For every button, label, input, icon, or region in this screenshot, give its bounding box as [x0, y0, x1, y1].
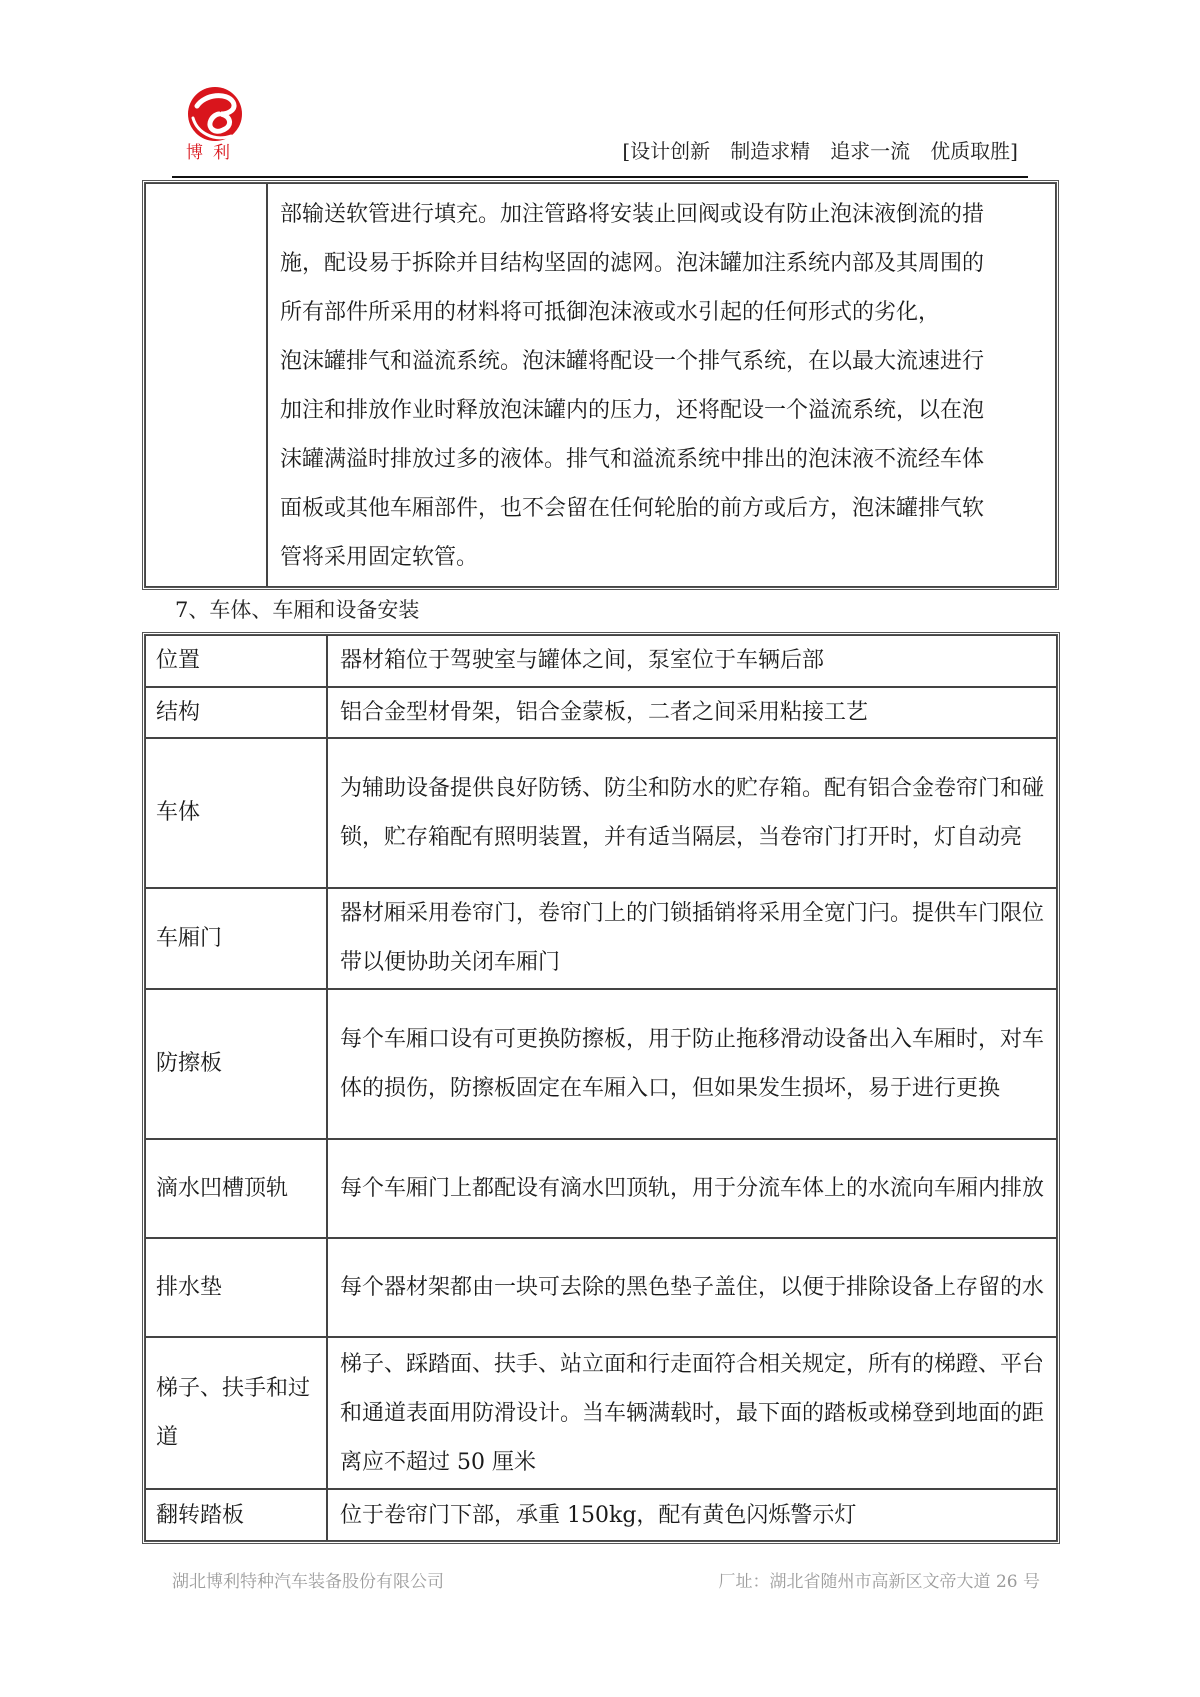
table-cell-content: 器材厢采用卷帘门，卷帘门上的门锁插销将采用全宽门闩。提供车门限位带以便协助关闭车…: [327, 888, 1057, 989]
table-cell-content: 每个车厢门上都配设有滴水凹顶轨，用于分流车体上的水流向车厢内排放: [327, 1139, 1057, 1238]
text-line: 加注和排放作业时释放泡沫罐内的压力，还将配设一个溢流系统，以在泡: [280, 386, 1045, 435]
table-row: 车体 为辅助设备提供良好防锈、防尘和防水的贮存箱。配有铝合金卷帘门和碰锁，贮存箱…: [145, 738, 1057, 888]
table-row: 翻转踏板 位于卷帘门下部，承重 150kg，配有黄色闪烁警示灯: [145, 1489, 1057, 1541]
footer-company: 湖北博利特种汽车装备股份有限公司: [172, 1567, 444, 1592]
slogan: [设计创新制造求精追求一流优质取胜]: [622, 135, 1018, 164]
header-divider: [172, 176, 1028, 178]
footer-address: 厂址：湖北省随州市高新区文帝大道 26 号: [719, 1567, 1040, 1592]
table-cell-content: 位于卷帘门下部，承重 150kg，配有黄色闪烁警示灯: [327, 1489, 1057, 1541]
text-line: 沫罐满溢时排放过多的液体。排气和溢流系统中排出的泡沫液不流经车体: [280, 435, 1045, 484]
text-line: 管将采用固定软管。: [280, 533, 1045, 582]
table-cell-content: 器材箱位于驾驶室与罐体之间，泵室位于车辆后部: [327, 635, 1057, 687]
table-cell-label: 梯子、扶手和过道: [145, 1337, 327, 1490]
table-cell-content: 每个器材架都由一块可去除的黑色垫子盖住，以便于排除设备上存留的水: [327, 1238, 1057, 1337]
text-line: 施，配设易于拆除并目结构坚固的滤网。泡沫罐加注系统内部及其周围的: [280, 239, 1045, 288]
table-cell-label: 滴水凹槽顶轨: [145, 1139, 327, 1238]
foam-tank-spec-table: 部输送软管进行填充。加注管路将安装止回阀或设有防止泡沫液倒流的措 施，配设易于拆…: [142, 180, 1059, 590]
slogan-part: [设计创新: [622, 139, 710, 163]
table-cell-content: 每个车厢口设有可更换防擦板，用于防止拖移滑动设备出入车厢时，对车体的损伤，防擦板…: [327, 989, 1057, 1139]
table-cell-label: 翻转踏板: [145, 1489, 327, 1541]
text-line: 泡沫罐排气和溢流系统。泡沫罐将配设一个排气系统，在以最大流速进行: [280, 337, 1045, 386]
table-row: 梯子、扶手和过道 梯子、踩踏面、扶手、站立面和行走面符合相关规定，所有的梯蹬、平…: [145, 1337, 1057, 1490]
table-cell-content: 梯子、踩踏面、扶手、站立面和行走面符合相关规定，所有的梯蹬、平台和通道表面用防滑…: [327, 1337, 1057, 1490]
table-cell-content: 为辅助设备提供良好防锈、防尘和防水的贮存箱。配有铝合金卷帘门和碰锁，贮存箱配有照…: [327, 738, 1057, 888]
table-row: 防擦板 每个车厢口设有可更换防擦板，用于防止拖移滑动设备出入车厢时，对车体的损伤…: [145, 989, 1057, 1139]
table-cell-label: 结构: [145, 687, 327, 739]
slogan-part: 优质取胜]: [930, 139, 1018, 163]
text-line: 面板或其他车厢部件，也不会留在任何轮胎的前方或后方，泡沫罐排气软: [280, 484, 1045, 533]
table-row: 部输送软管进行填充。加注管路将安装止回阀或设有防止泡沫液倒流的措 施，配设易于拆…: [145, 183, 1056, 587]
table-cell-label: 车厢门: [145, 888, 327, 989]
table-cell-label: 排水垫: [145, 1238, 327, 1337]
section-heading: 7、车体、车厢和设备安装: [175, 594, 419, 624]
table-cell-label: 防擦板: [145, 989, 327, 1139]
table-cell-content: 铝合金型材骨架，铝合金蒙板，二者之间采用粘接工艺: [327, 687, 1057, 739]
body-installation-table: 位置 器材箱位于驾驶室与罐体之间，泵室位于车辆后部 结构 铝合金型材骨架，铝合金…: [142, 632, 1060, 1544]
text-line: 部输送软管进行填充。加注管路将安装止回阀或设有防止泡沫液倒流的措: [280, 190, 1045, 239]
table-cell-label: [145, 183, 267, 587]
table-cell-label: 位置: [145, 635, 327, 687]
table-cell-content: 部输送软管进行填充。加注管路将安装止回阀或设有防止泡沫液倒流的措 施，配设易于拆…: [267, 183, 1056, 587]
table-row: 结构 铝合金型材骨架，铝合金蒙板，二者之间采用粘接工艺: [145, 687, 1057, 739]
slogan-part: 制造求精: [730, 139, 810, 163]
logo-text: 博利: [186, 138, 240, 163]
table-cell-label: 车体: [145, 738, 327, 888]
table-row: 车厢门 器材厢采用卷帘门，卷帘门上的门锁插销将采用全宽门闩。提供车门限位带以便协…: [145, 888, 1057, 989]
table-row: 位置 器材箱位于驾驶室与罐体之间，泵室位于车辆后部: [145, 635, 1057, 687]
text-line: 所有部件所采用的材料将可抵御泡沫液或水引起的任何形式的劣化，: [280, 288, 1045, 337]
slogan-part: 追求一流: [830, 139, 910, 163]
table-row: 滴水凹槽顶轨 每个车厢门上都配设有滴水凹顶轨，用于分流车体上的水流向车厢内排放: [145, 1139, 1057, 1238]
table-row: 排水垫 每个器材架都由一块可去除的黑色垫子盖住，以便于排除设备上存留的水: [145, 1238, 1057, 1337]
